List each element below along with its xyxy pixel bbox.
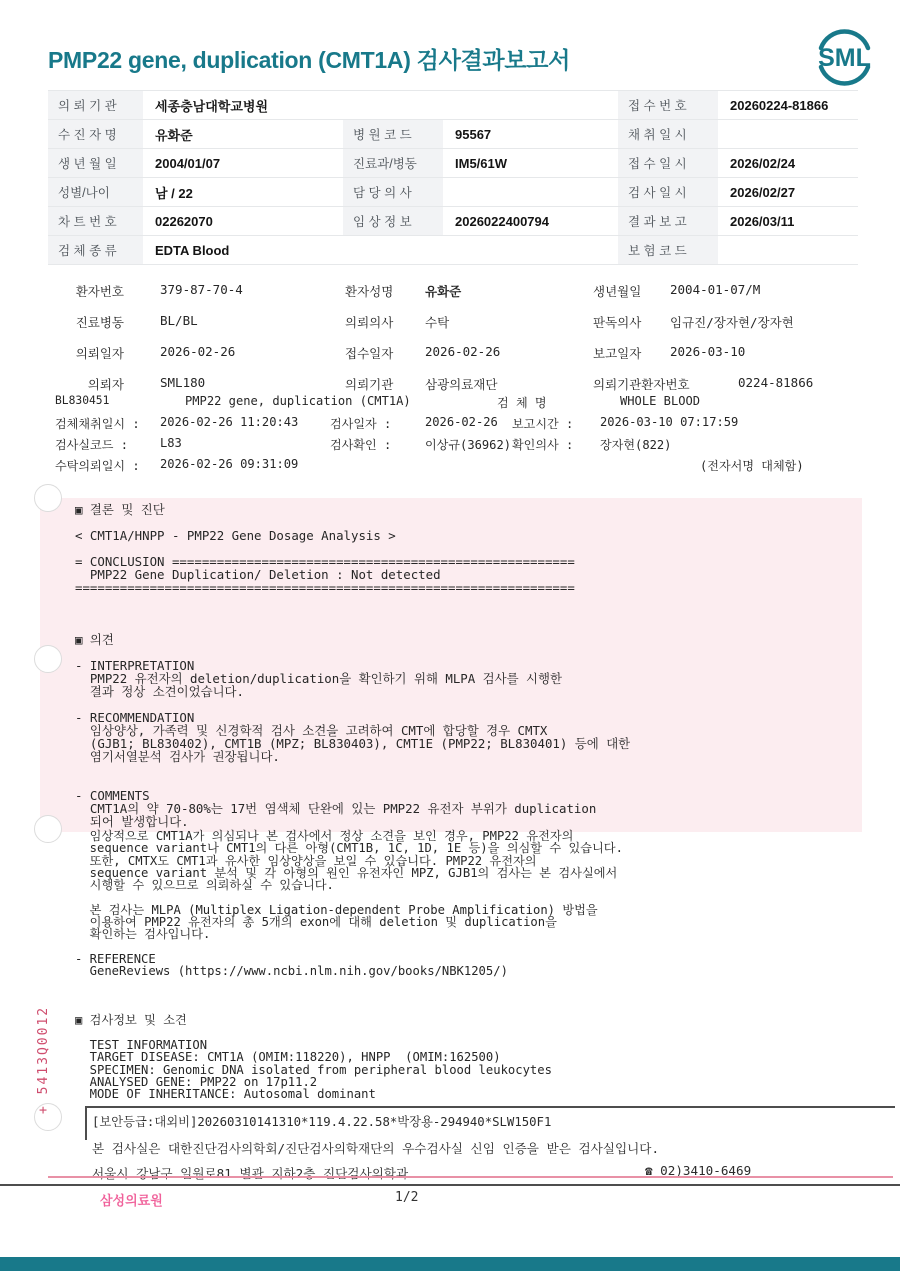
row-value [718,120,858,148]
field-value: 2004-01-07/M [670,282,760,297]
field-value: 2026-03-10 [670,344,745,359]
row-label: 성별/나이 [48,178,143,206]
svg-text:SML: SML [818,44,871,72]
field-label: 환자번호 [48,282,124,300]
field-value: BL/BL [160,313,198,328]
field-label: 생년월일 [593,282,641,300]
row-label: 의 뢰 기 관 [48,91,143,119]
footer-dark-rule [0,1184,900,1186]
table-row: 의 뢰 기 관 세종충남대학교병원 접 수 번 호 20260224-81866 [48,91,858,120]
bottom-accent-bar [0,1257,900,1271]
security-classification-line: [보안등급:대외비]20260310141310*119.4.22.58*박장용… [92,1112,551,1130]
field-label: 검사확인 : [330,436,391,453]
organization-name: 삼성의료원 [100,1190,163,1209]
field-value: 2026-02-26 [425,344,500,359]
field-label: 보고일자 [593,344,641,362]
patient-info-table: 의 뢰 기 관 세종충남대학교병원 접 수 번 호 20260224-81866… [48,90,858,265]
row-value: 95567 [443,120,618,148]
field-label: 진료병동 [48,313,124,331]
field-value: 유화준 [425,282,461,300]
conclusion-opinion-text: ▣ 결론 및 진단 < CMT1A/HNPP - PMP22 Gene Dosa… [75,503,630,828]
field-label: 의뢰기관환자번호 [593,375,690,393]
field-label: 검사일자 : [330,415,391,432]
field-label: 의뢰일자 [48,344,124,362]
field-label: 확인의사 : [512,436,573,453]
row-value: 2026/02/24 [718,149,858,177]
report-page: PMP22 gene, duplication (CMT1A) 검사결과보고서 … [0,0,900,1271]
row-label: 검 사 일 시 [618,178,718,206]
field-value: 2026-02-26 09:31:09 [160,457,298,471]
field-value: 이상규(36962) [425,436,511,453]
row-label: 보 험 코 드 [618,236,718,264]
row-value: IM5/61W [443,149,618,177]
field-value: SML180 [160,375,205,390]
row-label: 접 수 번 호 [618,91,718,119]
test-code: BL830451 [55,394,109,407]
row-value: 유화준 [143,120,343,148]
hole-punch [34,815,62,843]
row-label: 임 상 정 보 [343,207,443,235]
field-label: 접수일자 [345,344,393,362]
field-value: 장자현(822) [600,436,671,453]
row-value [443,178,618,206]
footer-pink-rule [48,1176,893,1178]
field-label: 의뢰기관 [345,375,393,393]
field-label: 판독의사 [593,313,641,331]
lab-certification-line: 본 검사실은 대한진단검사의학회/진단검사의학재단의 우수검사실 신임 인증을 … [92,1138,659,1157]
row-label: 담 당 의 사 [343,178,443,206]
row-label: 접 수 일 시 [618,149,718,177]
test-header-block: BL830451 PMP22 gene, duplication (CMT1A)… [48,392,858,480]
specimen-label: 검 체 명 [497,394,547,411]
field-value: 2026-03-10 07:17:59 [600,415,738,429]
row-value: 2026022400794 [443,207,618,235]
field-label: 의뢰의사 [345,313,393,331]
field-label: 의뢰자 [48,375,124,393]
page-title: PMP22 gene, duplication (CMT1A) 검사결과보고서 [48,42,570,75]
field-label: 검체채취일시 : [55,415,140,432]
field-value: L83 [160,436,182,450]
table-row: 검 체 종 류 EDTA Blood 보 험 코 드 [48,236,858,265]
row-value [718,236,858,264]
field-value: 삼광의료재단 [425,375,497,393]
row-value: 2026/02/27 [718,178,858,206]
table-row: 성별/나이 남 / 22 담 당 의 사 검 사 일 시 2026/02/27 [48,178,858,207]
comments-continuation-text: 임상적으로 CMT1A가 의심되나 본 검사에서 정상 소견을 보인 경우, P… [75,830,623,1101]
row-label: 검 체 종 류 [48,236,143,264]
row-value: 2026/03/11 [718,207,858,235]
signature-note: (전자서명 대체함) [700,457,804,474]
field-value: 0224-81866 [738,375,813,390]
row-label: 결 과 보 고 [618,207,718,235]
patient-detail-block: 환자번호 379-87-70-4 환자성명 유화준 생년월일 2004-01-0… [48,276,858,390]
specimen-value: WHOLE BLOOD [620,394,700,408]
sml-logo-icon: SML [806,26,884,90]
row-label: 채 취 일 시 [618,120,718,148]
test-name: PMP22 gene, duplication (CMT1A) [185,394,411,408]
field-value: 수탁 [425,313,449,331]
hole-punch [34,484,62,512]
field-value: 2026-02-26 [425,415,498,429]
row-value: 세종충남대학교병원 [143,91,618,119]
page-number: 1/2 [395,1190,418,1205]
field-label: 보고시간 : [512,415,573,432]
field-value: 2026-02-26 11:20:43 [160,415,298,429]
row-label: 수 진 자 명 [48,120,143,148]
row-value: 02262070 [143,207,343,235]
field-value: 2026-02-26 [160,344,235,359]
row-label: 병 원 코 드 [343,120,443,148]
lab-address: 서울시 강남구 일원로81 별관 지하2층 진단검사의학과 [92,1163,408,1182]
field-label: 수탁의뢰일시 : [55,457,140,474]
vertical-specimen-code: + 5413Q0012 [36,1006,51,1114]
table-row: 수 진 자 명 유화준 병 원 코 드 95567 채 취 일 시 [48,120,858,149]
field-label: 환자성명 [345,282,393,300]
hole-punch [34,645,62,673]
table-row: 생 년 월 일 2004/01/07 진료과/병동 IM5/61W 접 수 일 … [48,149,858,178]
row-label: 차 트 번 호 [48,207,143,235]
row-value: 2004/01/07 [143,149,343,177]
table-row: 차 트 번 호 02262070 임 상 정 보 2026022400794 결… [48,207,858,236]
row-label: 생 년 월 일 [48,149,143,177]
row-label: 진료과/병동 [343,149,443,177]
field-value: 임규진/장자현/장자현 [670,313,794,331]
row-value: 20260224-81866 [718,91,858,119]
row-value: 남 / 22 [143,178,343,206]
field-label: 검사실코드 : [55,436,128,453]
row-value: EDTA Blood [143,236,618,264]
field-value: 379-87-70-4 [160,282,243,297]
